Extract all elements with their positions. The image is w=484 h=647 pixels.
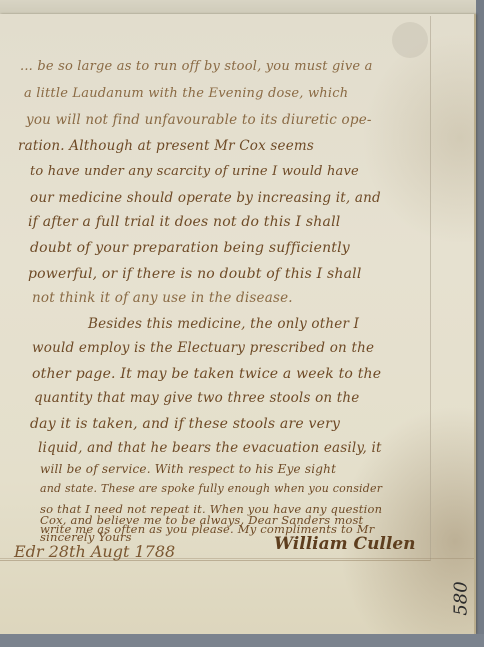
folded-sheet-top-edge [0,0,476,15]
letter-line-15: day it is taken, and if these stools are… [30,416,340,432]
letter-line-10: not think it of any use in the disease. [32,290,293,306]
letter-line-2: a little Laudanum with the Evening dose,… [24,86,348,101]
letter-line-8: doubt of your preparation being sufficie… [30,240,350,256]
manuscript-scan: ... be so large as to run off by stool, … [0,0,484,647]
letter-line-13: other page. It may be taken twice a week… [32,366,381,382]
scanner-background-right [476,0,484,647]
letter-line-5: to have under any scarcity of urine I wo… [30,164,359,179]
letter-line-3: you will not find unfavourable to its di… [26,112,372,128]
paper-stain [392,22,428,58]
letter-line-18: and state. These are spoke fully enough … [40,482,382,495]
letter-line-16: liquid, and that he bears the evacuation… [38,440,382,456]
letter-line-21: Cox, and believe me to be always, Dear S… [40,513,363,527]
letter-line-4: ration. Although at present Mr Cox seems [18,138,314,154]
scanner-background-bottom [0,634,484,647]
letter-line-1: ... be so large as to run off by stool, … [20,59,373,74]
letter-line-12: would employ is the Electuary prescribed… [32,340,374,356]
letter-line-11-paragraph-start: Besides this medicine, the only other I [88,316,359,332]
letter-date: Edr 28th Augt 1788 [14,542,175,561]
letter-line-7: if after a full trial it does not do thi… [28,214,340,230]
letter-line-9: powerful, or if there is no doubt of thi… [28,266,362,282]
letter-line-17: will be of service. With respect to his … [40,462,336,476]
signature: William Cullen [274,534,416,554]
letter-line-6: our medicine should operate by increasin… [30,190,381,206]
letter-line-14: quantity that may give two three stools … [34,390,360,406]
folio-number: 580 [451,581,472,615]
